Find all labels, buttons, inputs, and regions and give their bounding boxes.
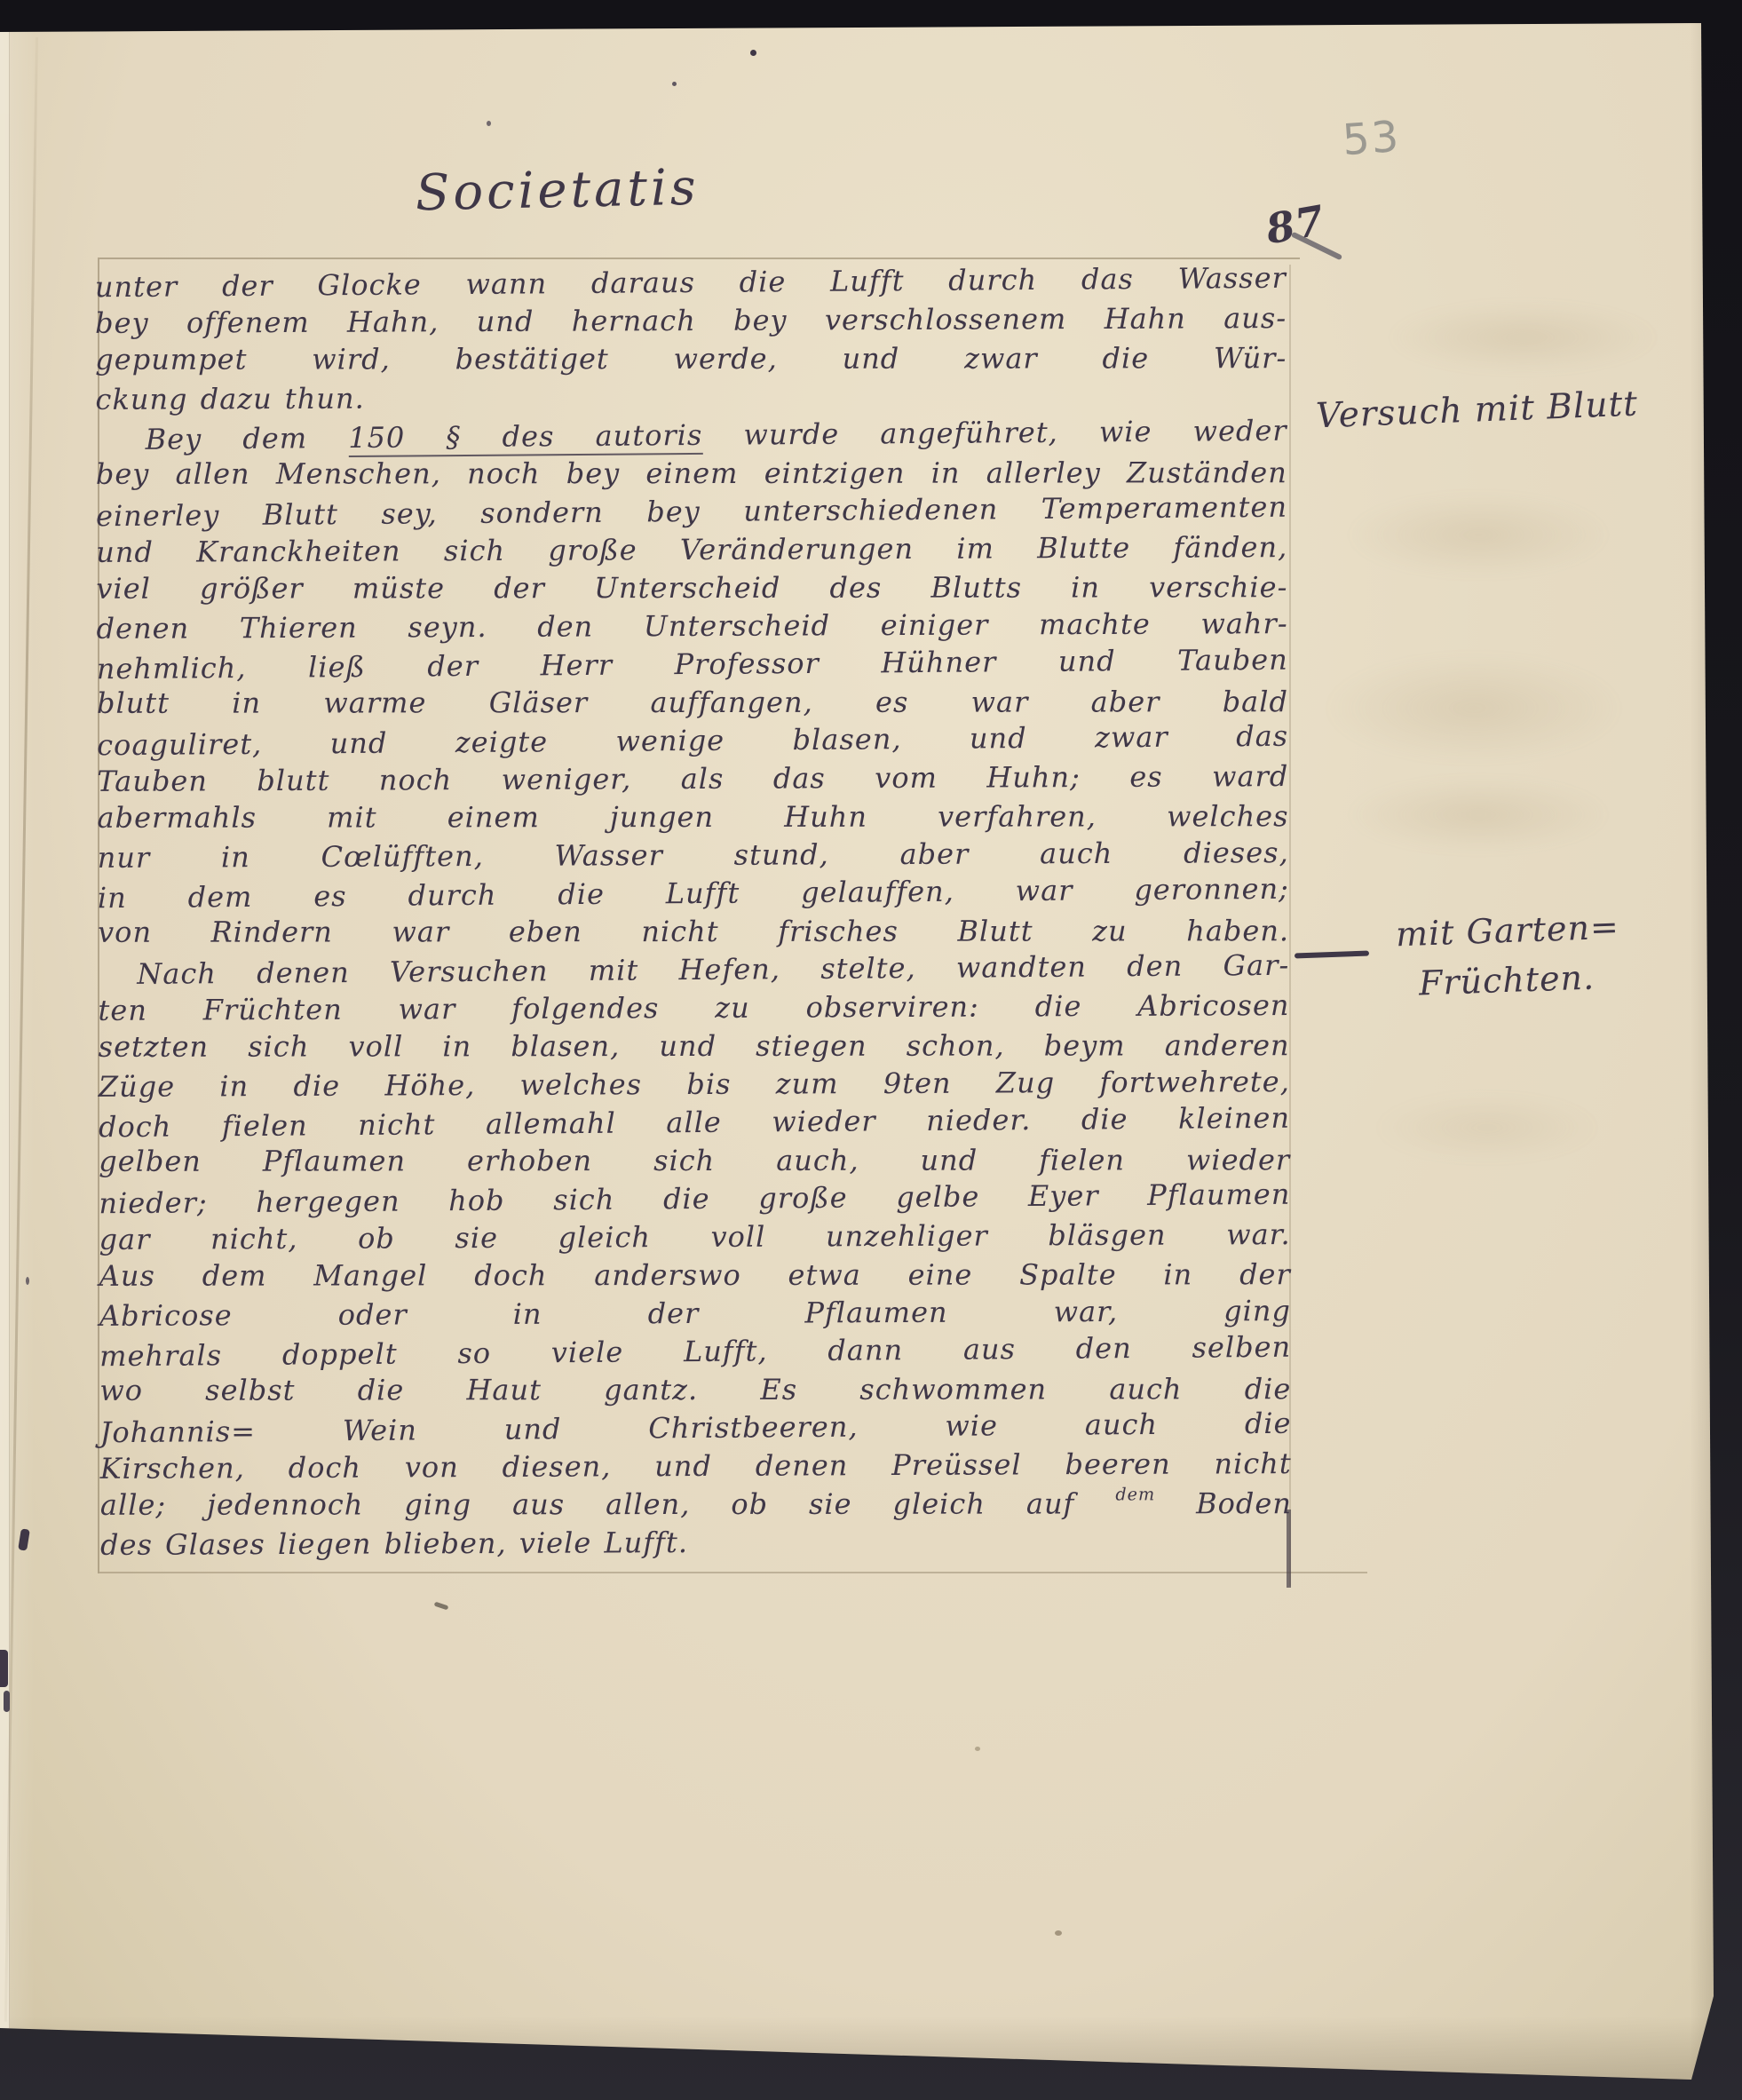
text-line: und Kranckheiten sich große Veränderunge… xyxy=(96,528,1287,572)
text-run: nur in Cœlüfften, Wasser stund, aber auc… xyxy=(98,836,1289,875)
paper-stain xyxy=(1055,1930,1062,1936)
text-line: gar nicht, ob sie gleich voll unzehliger… xyxy=(99,1216,1291,1259)
text-run: viel größer müste der Unterscheid des Bl… xyxy=(96,570,1287,606)
text-line: blutt in warme Gläser auffangen, es war … xyxy=(97,683,1288,723)
text-run: doch fielen nicht allemahl alle wieder n… xyxy=(99,1101,1290,1145)
ink-showthrough xyxy=(1345,493,1611,577)
text-line: gelben Pflaumen erhoben sich auch, und f… xyxy=(99,1141,1290,1181)
text-line: nehmlich, ließ der Herr Professor Hühner… xyxy=(97,641,1288,689)
text-run: abermahls mit einem jungen Huhn verfahre… xyxy=(98,799,1289,835)
text-line: des Glases liegen blieben, viele Lufft. xyxy=(100,1521,1292,1565)
text-line: abermahls mit einem jungen Huhn verfahre… xyxy=(98,797,1289,837)
inserted-word: dem xyxy=(1115,1484,1155,1504)
text-run: coaguliret, und zeigte wenige blasen, un… xyxy=(97,719,1288,763)
text-run: in dem es durch die Lufft gelauffen, war… xyxy=(98,872,1289,915)
page-heading: Societatis xyxy=(415,159,700,223)
ink-showthrough xyxy=(1323,653,1625,764)
text-line: viel größer müste der Unterscheid des Bl… xyxy=(96,568,1287,608)
edge-ink-blot xyxy=(4,1691,10,1712)
text-run: wurde angeführet, wie weder xyxy=(702,414,1287,452)
text-line: alle; jedennoch ging aus allen, ob sie g… xyxy=(100,1485,1292,1525)
text-run: Tauben blutt noch weniger, als das vom H… xyxy=(97,759,1288,798)
text-run: gepumpet wird, bestätiget werde, und zwa… xyxy=(95,341,1287,376)
text-run: gar nicht, ob sie gleich voll unzehliger… xyxy=(99,1217,1291,1256)
ink-blot xyxy=(18,1528,30,1550)
text-run: nehmlich, ließ der Herr Professor Hühner… xyxy=(97,643,1288,686)
text-run: ten Früchten war folgendes zu observiren… xyxy=(98,988,1289,1027)
text-run: bey allen Menschen, noch bey einem eintz… xyxy=(96,456,1287,491)
text-line: in dem es durch die Lufft gelauffen, war… xyxy=(98,870,1289,918)
text-run: bey offenem Hahn, und hernach bey versch… xyxy=(95,301,1287,340)
text-run: einerley Blutt sey, sondern bey untersch… xyxy=(96,490,1287,534)
text-line: Aus dem Mangel doch anderswo etwa eine S… xyxy=(99,1256,1291,1296)
text-run: Züge in die Höhe, welches bis zum 9ten Z… xyxy=(99,1065,1290,1104)
text-run: Abricose oder in der Pflaumen war, ging xyxy=(99,1294,1291,1333)
text-line: bey offenem Hahn, und hernach bey versch… xyxy=(95,299,1287,343)
ink-speck xyxy=(487,121,491,126)
margin-note-fruit-line1: mit Garten= xyxy=(1395,907,1619,955)
text-run: von Rindern war eben nicht frisches Blut… xyxy=(98,914,1289,949)
text-line: gepumpet wird, bestätiget werde, und zwa… xyxy=(95,339,1287,379)
text-run: Nach denen Versuchen mit Hefen, stelte, … xyxy=(137,948,1289,991)
ink-showthrough xyxy=(1372,1092,1603,1163)
pencil-mark xyxy=(434,1602,449,1611)
ruled-border-bottom xyxy=(99,1572,1367,1573)
text-run: Aus dem Mangel doch anderswo etwa eine S… xyxy=(99,1257,1291,1293)
text-run: des Glases liegen blieben, viele Lufft. xyxy=(100,1525,688,1562)
text-run: gelben Pflaumen erhoben sich auch, und f… xyxy=(99,1143,1290,1178)
text-line: Bey dem 150 § des autoris wurde angeführ… xyxy=(96,412,1287,460)
text-line: Kirschen, doch von diesen, und denen Pre… xyxy=(100,1445,1292,1488)
text-run: Bey dem xyxy=(146,421,349,456)
text-run: mehrals doppelt so viele Lufft, dann aus… xyxy=(99,1330,1291,1374)
ink-speck xyxy=(672,82,677,86)
text-line: mehrals doppelt so viele Lufft, dann aus… xyxy=(99,1328,1291,1376)
text-run: blutt in warme Gläser auffangen, es war … xyxy=(97,685,1288,720)
margin-note-blood: Versuch mit Blutt xyxy=(1315,382,1706,437)
manuscript-text: unter der Glocke wann daraus die Lufft d… xyxy=(95,261,1292,1565)
paper-stain xyxy=(975,1747,980,1751)
text-line: von Rindern war eben nicht frisches Blut… xyxy=(98,912,1289,952)
ink-speck xyxy=(750,50,756,56)
text-line: setzten sich voll in blasen, und stiegen… xyxy=(99,1026,1290,1066)
text-line: doch fielen nicht allemahl alle wieder n… xyxy=(99,1099,1290,1147)
text-line: Tauben blutt noch weniger, als das vom H… xyxy=(97,757,1288,801)
ruled-border-top xyxy=(99,258,1300,259)
margin-note-dash xyxy=(1295,951,1369,959)
text-run: denen Thieren seyn. den Unterscheid eini… xyxy=(97,606,1288,646)
text-run: und Kranckheiten sich große Veränderunge… xyxy=(96,530,1287,569)
ink-showthrough xyxy=(1385,302,1660,373)
text-run: Kirschen, doch von diesen, und denen Pre… xyxy=(100,1446,1292,1486)
edge-ink-blot xyxy=(0,1650,8,1687)
ink-showthrough xyxy=(1345,777,1611,852)
underlined-text: 150 § des autoris xyxy=(348,418,702,457)
pencil-page-number: 53 xyxy=(1341,112,1402,165)
margin-note-fruit-line2: Früchten. xyxy=(1418,958,1595,1003)
text-run: alle; jedennoch ging aus allen, ob sie g… xyxy=(100,1486,1115,1521)
manuscript-page: 53 87 Societatis unter der Glocke wann d… xyxy=(0,0,1742,2100)
text-line: bey allen Menschen, noch bey einem eintz… xyxy=(96,454,1287,494)
text-run: unter der Glocke wann daraus die Lufft d… xyxy=(95,261,1287,305)
text-line: ten Früchten war folgendes zu observiren… xyxy=(98,987,1289,1030)
scan-background: { "colors": { "paper": "#e4d8c0", "ink":… xyxy=(0,0,1742,2100)
ink-speck xyxy=(26,1277,29,1285)
text-run: setzten sich voll in blasen, und stiegen… xyxy=(99,1028,1290,1064)
text-run: Johannis= Wein und Christbeeren, wie auc… xyxy=(99,1407,1291,1450)
text-run: Boden xyxy=(1155,1486,1292,1520)
text-line: wo selbst die Haut gantz. Es schwommen a… xyxy=(99,1370,1291,1410)
text-run: nieder; hergegen hob sich die große gelb… xyxy=(99,1177,1290,1221)
text-run: wo selbst die Haut gantz. Es schwommen a… xyxy=(99,1372,1291,1407)
text-run: ckung dazu thun. xyxy=(95,382,364,416)
